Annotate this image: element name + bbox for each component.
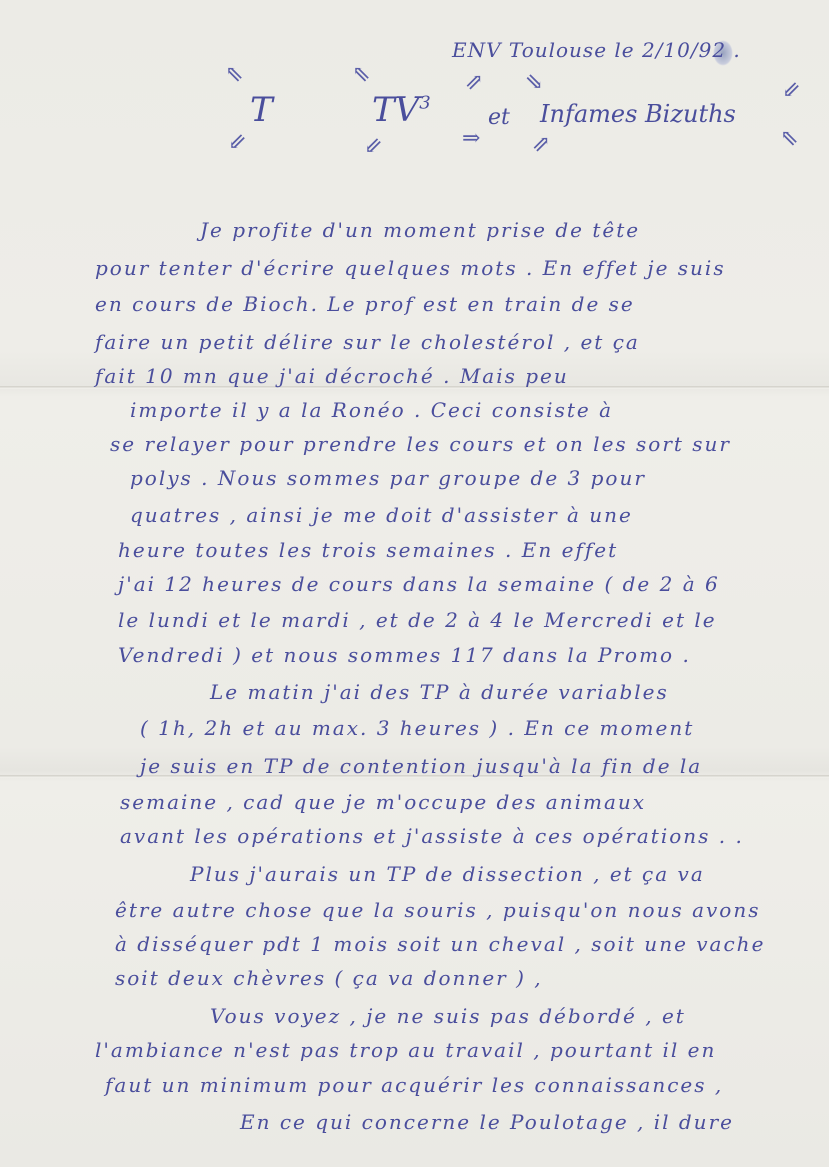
text-line: l'ambiance n'est pas trop au travail , p… xyxy=(95,1038,716,1062)
text-line: heure toutes les trois semaines . En eff… xyxy=(118,538,618,562)
text-line: Je profite d'un moment prise de tête xyxy=(200,218,640,242)
text-line: Le matin j'ai des TP à durée variables xyxy=(210,680,669,704)
text-line: en cours de Bioch. Le prof est en train … xyxy=(95,292,635,316)
text-line: à disséquer pdt 1 mois soit un cheval , … xyxy=(115,932,765,956)
text-line: je suis en TP de contention jusqu'à la f… xyxy=(140,754,702,778)
text-line: j'ai 12 heures de cours dans la semaine … xyxy=(118,572,720,596)
arrow-icon: ⇙ xyxy=(782,78,800,103)
letter-page: ENV Toulouse le 2/10/92 . ⇖ ⇙ ⇖ ⇙ ⇗ ⇒ ⇘ … xyxy=(0,0,829,1167)
text-line: faut un minimum pour acquérir les connai… xyxy=(105,1073,723,1097)
greeting-bizuths: Infames Bizuths xyxy=(540,100,736,128)
greeting-t: T xyxy=(250,90,273,130)
arrow-icon: ⇖ xyxy=(352,62,370,87)
arrow-icon: ⇘ xyxy=(525,70,543,95)
greeting-tv: TV3 xyxy=(372,90,431,130)
text-line: ( 1h, 2h et au max. 3 heures ) . En ce m… xyxy=(140,716,694,740)
text-line: Plus j'aurais un TP de dissection , et ç… xyxy=(190,862,705,886)
text-line: quatres , ainsi je me doit d'assister à … xyxy=(130,503,633,527)
arrow-icon: ⇗ xyxy=(465,70,483,95)
greeting-and: et xyxy=(488,105,510,130)
arrow-icon: ⇙ xyxy=(364,134,382,159)
text-line: pour tenter d'écrire quelques mots . En … xyxy=(95,256,726,280)
text-line: se relayer pour prendre les cours et on … xyxy=(110,432,731,456)
text-line: Vous voyez , je ne suis pas débordé , et xyxy=(210,1004,686,1028)
text-line: semaine , cad que je m'occupe des animau… xyxy=(120,790,646,814)
text-line: En ce qui concerne le Poulotage , il dur… xyxy=(240,1110,734,1134)
arrow-icon: ⇖ xyxy=(225,62,243,87)
arrow-icon: ⇖ xyxy=(780,126,798,151)
arrow-icon: ⇗ xyxy=(532,132,550,157)
arrow-icon: ⇙ xyxy=(228,130,246,155)
text-line: avant les opérations et j'assiste à ces … xyxy=(120,824,744,848)
text-line: polys . Nous sommes par groupe de 3 pour xyxy=(130,466,646,490)
text-line: importe il y a la Ronéo . Ceci consiste … xyxy=(130,398,613,422)
text-line: fait 10 mn que j'ai décroché . Mais peu xyxy=(95,364,569,388)
place-date: ENV Toulouse le 2/10/92 . xyxy=(452,38,741,62)
arrow-icon: ⇒ xyxy=(462,126,480,151)
text-line: faire un petit délire sur le cholestérol… xyxy=(95,330,640,354)
text-line: Vendredi ) et nous sommes 117 dans la Pr… xyxy=(118,643,691,667)
text-line: le lundi et le mardi , et de 2 à 4 le Me… xyxy=(118,608,717,632)
text-line: soit deux chèvres ( ça va donner ) , xyxy=(115,966,543,990)
text-line: être autre chose que la souris , puisqu'… xyxy=(115,898,760,922)
